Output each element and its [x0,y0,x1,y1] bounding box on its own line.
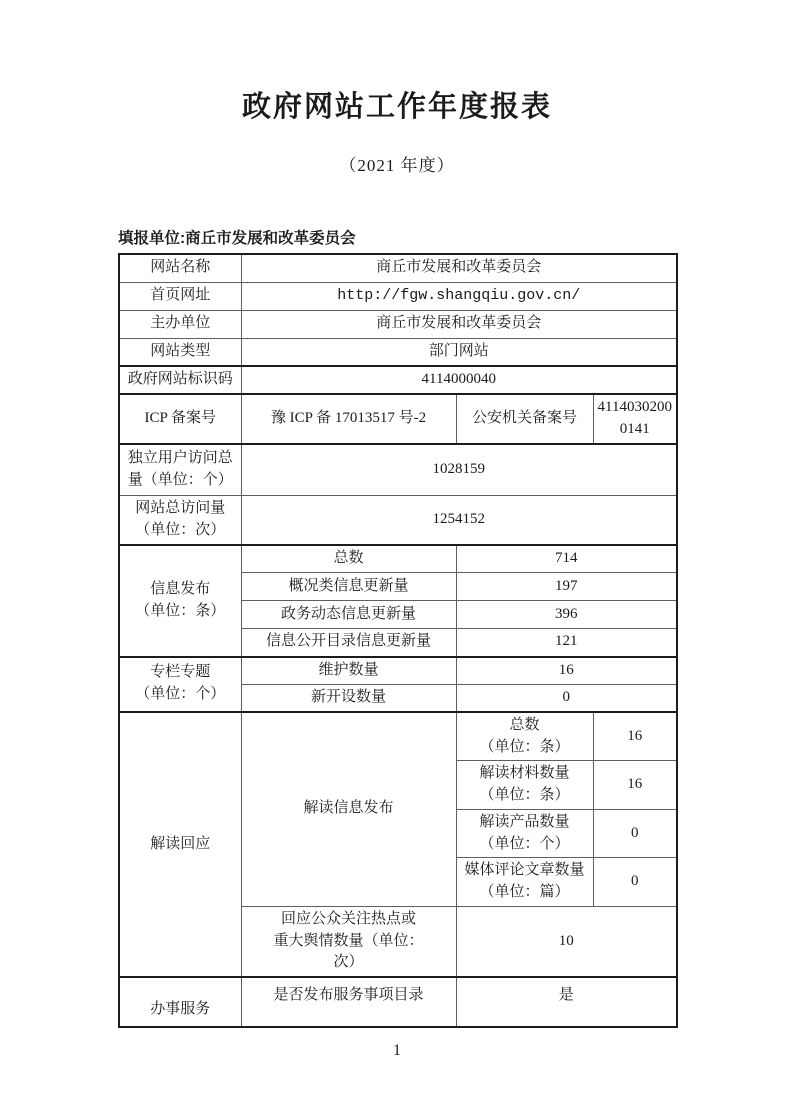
table-row: 政府网站标识码 4114000040 [119,366,677,394]
organizer-label: 主办单位 [119,310,241,338]
annual-report-table: 网站名称 商丘市发展和改革委员会 首页网址 http://fgw.shangqi… [118,253,678,1028]
unique-visitors-label: 独立用户访问总 量（单位：个） [119,444,241,496]
icp-record-label: ICP 备案号 [119,394,241,444]
site-identifier-label: 政府网站标识码 [119,366,241,394]
website-type-value: 部门网站 [241,338,677,366]
homepage-url-label: 首页网址 [119,282,241,310]
open-directory-update-value: 121 [456,629,677,657]
total-visits-value: 1254152 [241,496,677,545]
interp-material-label: 解读材料数量 （单位：条） [456,761,593,810]
icp-record-value: 豫 ICP 备 17013517 号-2 [241,394,456,444]
interp-material-value: 16 [593,761,677,810]
gov-news-update-value: 396 [456,601,677,629]
police-record-label: 公安机关备案号 [456,394,593,444]
open-directory-update-label: 信息公开目录信息更新量 [241,629,456,657]
police-record-value: 41140302000141 [593,394,677,444]
public-response-value: 10 [456,906,677,977]
page-title: 政府网站工作年度报表 [0,84,794,125]
service-directory-label: 是否发布服务事项目录 [241,977,456,1027]
new-count-value: 0 [456,685,677,712]
website-name-value: 商丘市发展和改革委员会 [241,254,677,282]
table-row: 独立用户访问总 量（单位：个） 1028159 [119,444,677,496]
services-group-label: 办事服务 [119,977,241,1027]
media-comment-value: 0 [593,858,677,907]
reporting-unit-line: 填报单位:商丘市发展和改革委员会 [118,226,794,248]
homepage-url-value: http://fgw.shangqiu.gov.cn/ [241,282,677,310]
interpretation-group-label: 解读回应 [119,712,241,977]
special-columns-group-label: 专栏专题 （单位：个） [119,657,241,712]
table-row: 专栏专题 （单位：个） 维护数量 16 [119,657,677,685]
table-row: 主办单位 商丘市发展和改革委员会 [119,310,677,338]
table-row: 网站总访问量 （单位：次） 1254152 [119,496,677,545]
overview-update-label: 概况类信息更新量 [241,573,456,601]
website-name-label: 网站名称 [119,254,241,282]
interp-total-label: 总数 （单位：条） [456,712,593,761]
table-row: 信息发布 （单位：条） 总数 714 [119,545,677,573]
service-directory-value: 是 [456,977,677,1027]
report-year-subtitle: （2021 年度） [0,151,794,176]
table-row: 解读回应 解读信息发布 总数 （单位：条） 16 [119,712,677,761]
table-row: 首页网址 http://fgw.shangqiu.gov.cn/ [119,282,677,310]
media-comment-label: 媒体评论文章数量 （单位：篇） [456,858,593,907]
table-row: 网站名称 商丘市发展和改革委员会 [119,254,677,282]
maintained-count-value: 16 [456,657,677,685]
page-number: 1 [0,1042,794,1060]
interp-total-value: 16 [593,712,677,761]
gov-news-update-label: 政务动态信息更新量 [241,601,456,629]
organizer-value: 商丘市发展和改革委员会 [241,310,677,338]
table-row: 办事服务 是否发布服务事项目录 是 [119,977,677,1027]
interp-product-value: 0 [593,809,677,858]
interp-product-label: 解读产品数量 （单位：个） [456,809,593,858]
table-row: 网站类型 部门网站 [119,338,677,366]
maintained-count-label: 维护数量 [241,657,456,685]
info-publish-total-value: 714 [456,545,677,573]
unique-visitors-value: 1028159 [241,444,677,496]
new-count-label: 新开设数量 [241,685,456,712]
total-visits-label: 网站总访问量 （单位：次） [119,496,241,545]
info-publish-total-label: 总数 [241,545,456,573]
overview-update-value: 197 [456,573,677,601]
table-row: ICP 备案号 豫 ICP 备 17013517 号-2 公安机关备案号 411… [119,394,677,444]
info-publish-group-label: 信息发布 （单位：条） [119,545,241,657]
site-identifier-value: 4114000040 [241,366,677,394]
interpretation-publish-label: 解读信息发布 [241,712,456,907]
website-type-label: 网站类型 [119,338,241,366]
public-response-label: 回应公众关注热点或 重大舆情数量（单位： 次） [241,906,456,977]
